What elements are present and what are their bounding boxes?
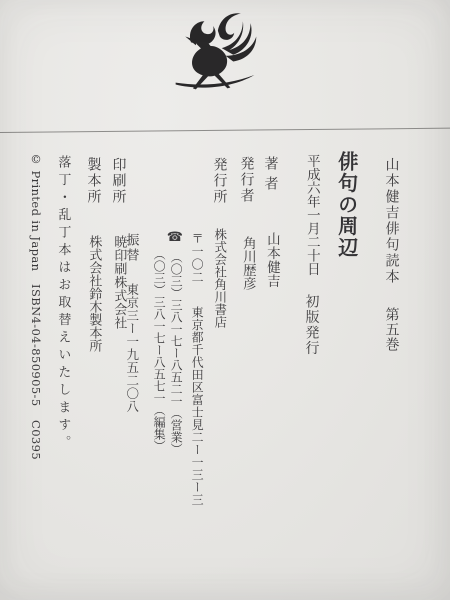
- publisher-label: 発行者: [238, 156, 255, 204]
- isbn-number: ISBN4-04-850905-5: [29, 284, 43, 407]
- edition-date: 平成六年一月二十日: [303, 154, 319, 276]
- phoenix-emblem-icon: [162, 2, 268, 98]
- copyright-text: © Printed in Japan: [29, 152, 43, 271]
- author-name: 山本健吉: [263, 232, 279, 288]
- phone-number-editing: （〇三）三八一七ー八五七一（編集）: [152, 248, 166, 452]
- colophon-page: 山本健吉俳句読本 第五巻 俳句の周辺 平成六年一月二十日 初版発行 著者 山本健…: [0, 0, 450, 600]
- c-code: C0395: [29, 420, 43, 460]
- publisher-address: 東京都千代田区富士見二ー一三ー三: [190, 306, 204, 506]
- phone-number-sales: （〇三）三八一七ー八五二一（営業）: [169, 251, 183, 455]
- postal-code: 〒一〇二: [190, 232, 204, 284]
- book-title: 俳句の周辺: [334, 151, 358, 259]
- publishing-office-label: 発行所: [211, 157, 228, 205]
- printer-name: 暁印刷株式会社: [111, 235, 126, 330]
- isbn-line: © Printed in JapanISBN4-04-850905-5C0395: [29, 152, 43, 460]
- volume-number: 第五巻: [383, 307, 400, 352]
- printer-label: 印刷所: [110, 157, 127, 205]
- edition-statement: 初版発行: [303, 294, 320, 356]
- series-title: 山本健吉俳句読本: [383, 157, 400, 285]
- binder-label: 製本所: [85, 157, 102, 205]
- publisher-name: 角川歴彦: [239, 236, 255, 290]
- telephone-icon: ☎: [167, 230, 182, 245]
- author-label: 著者: [262, 156, 279, 196]
- replacement-notice: 落丁・乱丁本はお取替えいたします。: [55, 155, 70, 453]
- horizontal-divider: [0, 128, 450, 134]
- binder-name: 株式会社鈴木製本所: [86, 235, 101, 352]
- publishing-office-name: 株式会社角川書店: [212, 228, 227, 328]
